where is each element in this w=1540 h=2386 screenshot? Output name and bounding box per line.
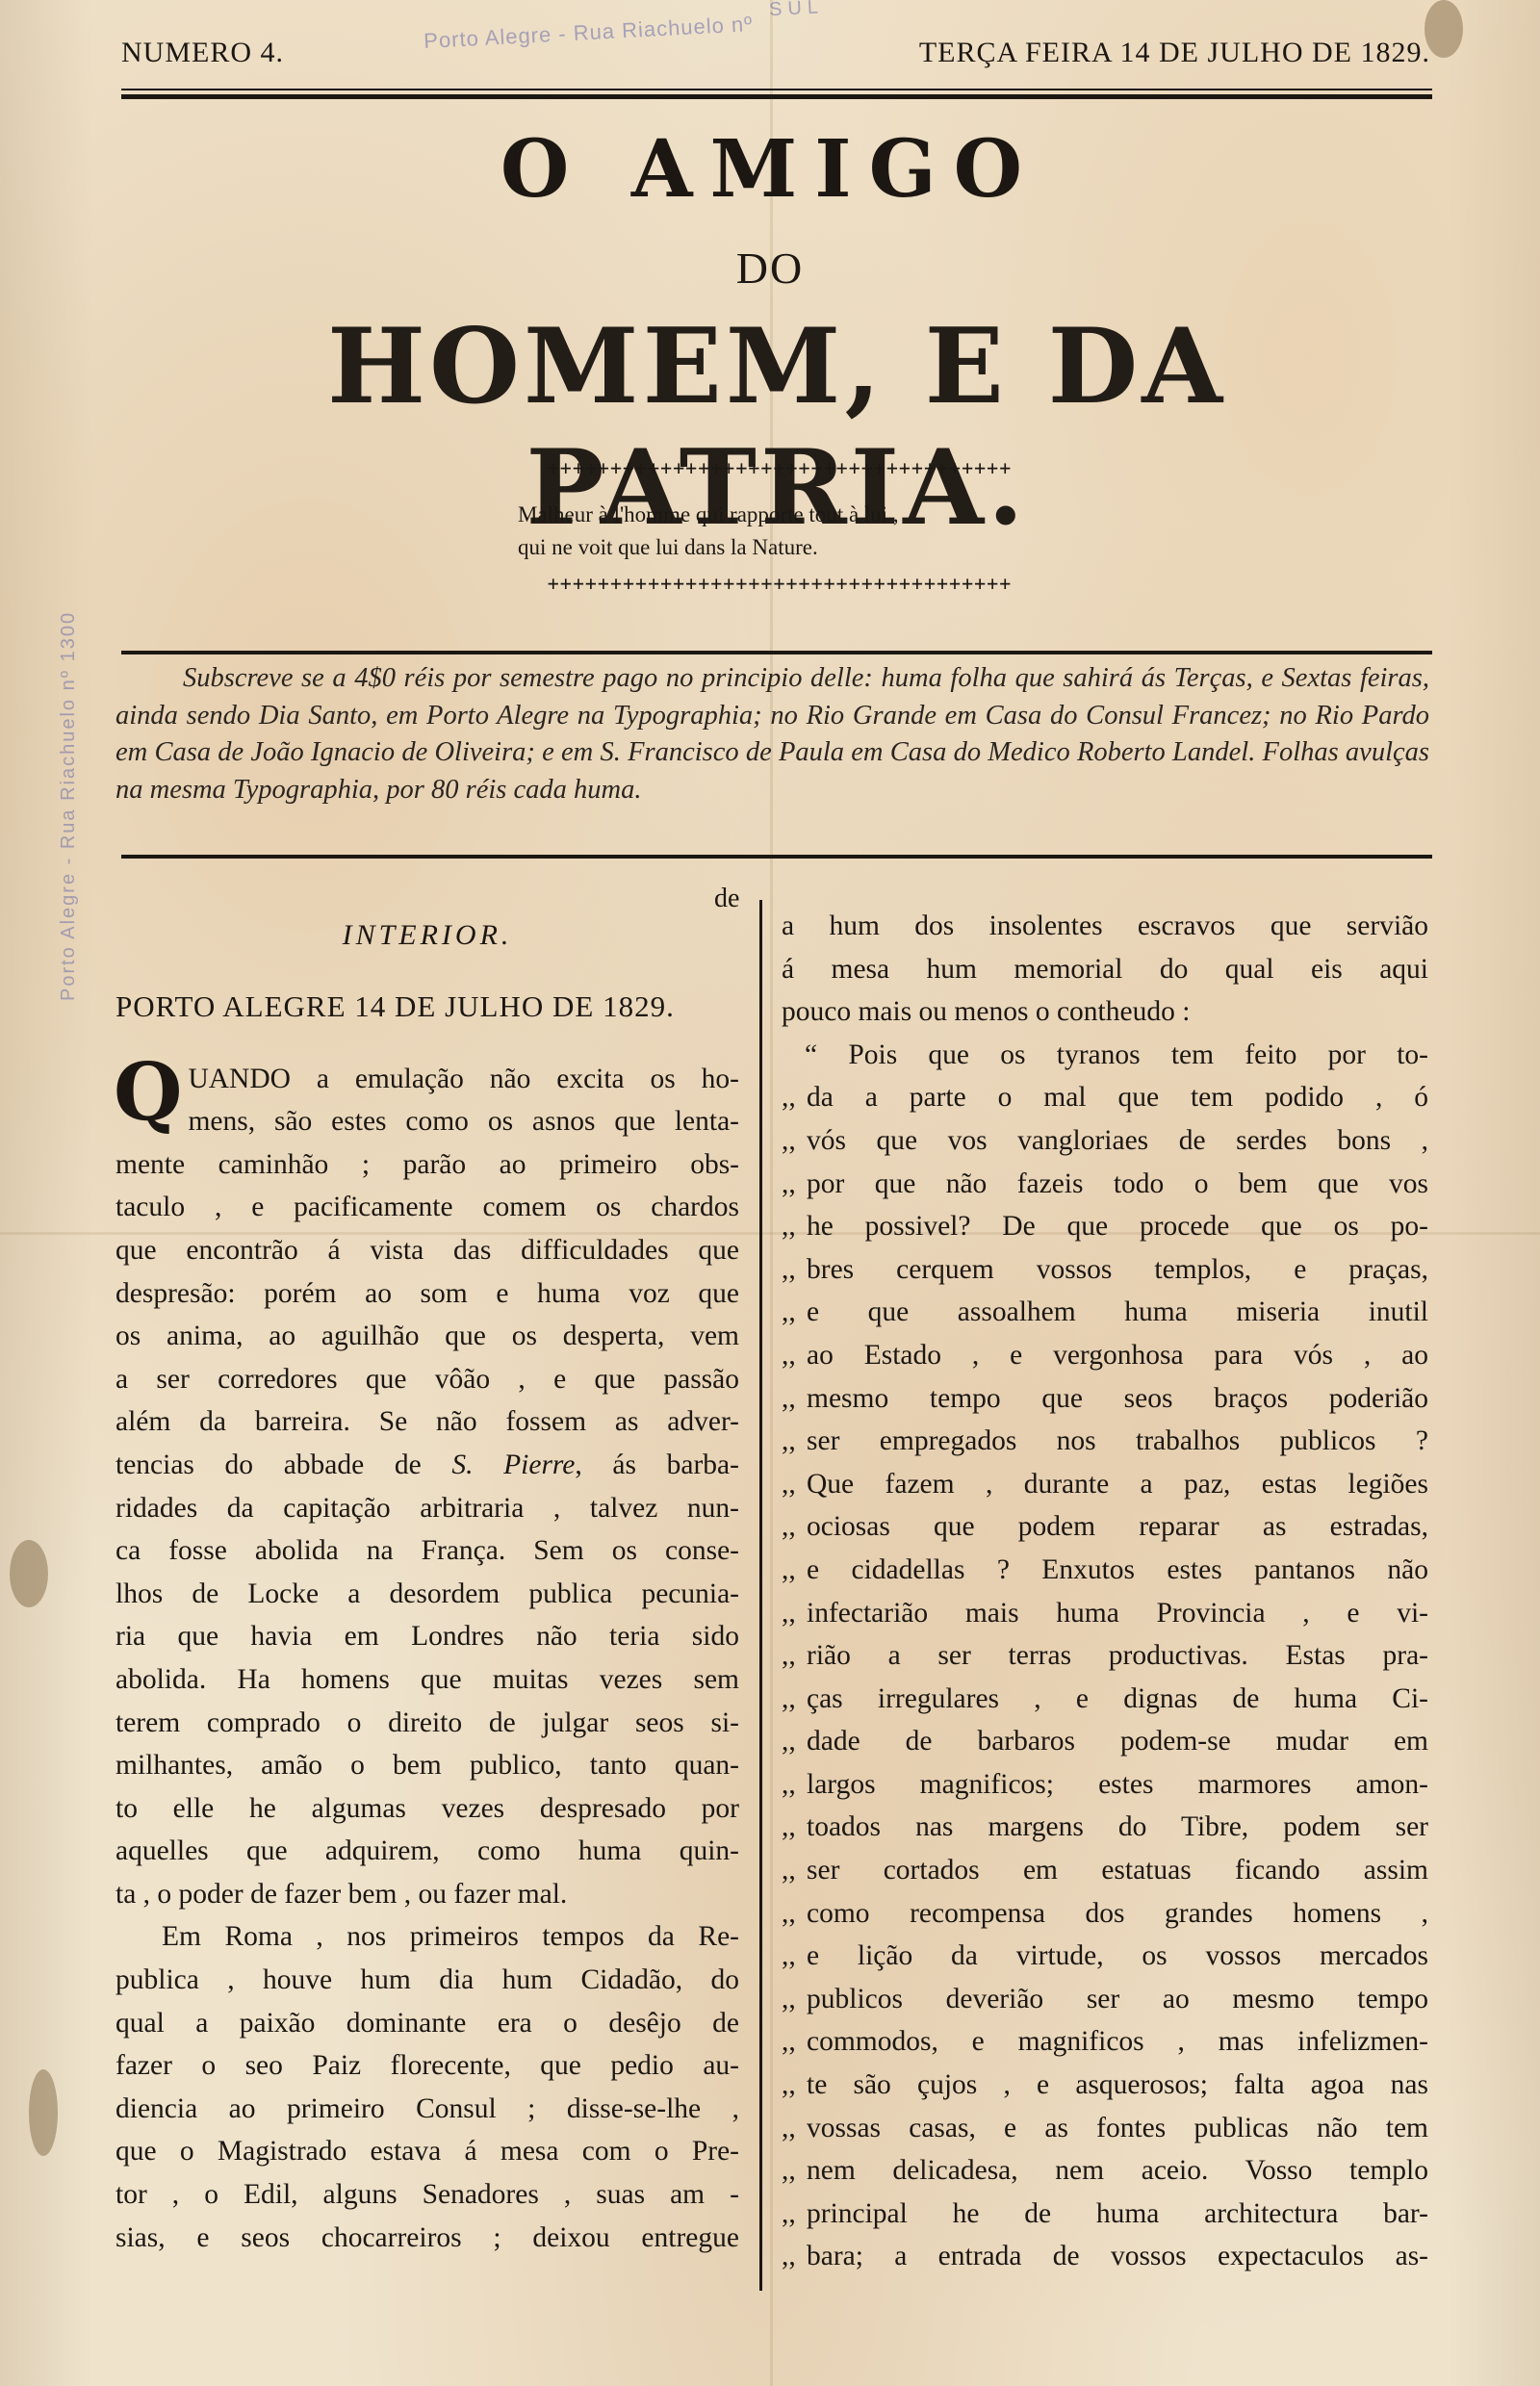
- epigraph-line-2: qui ne voit que lui dans la Nature.: [518, 531, 1038, 564]
- quote-mark: ,,: [782, 1592, 807, 1635]
- quote-mark: ,,: [782, 1935, 807, 1978]
- text-line: ,,nem delicadesa, nem aceio. Vosso templ…: [782, 2149, 1428, 2193]
- text-line: aquelles que adquirem, como huma quin-: [115, 1830, 739, 1873]
- ornament-row-bottom: +++++++++++++++++++++++++++++++++++++: [520, 572, 1039, 595]
- text-line: a hum dos insolentes escravos que serviã…: [782, 905, 1428, 948]
- text-line: ta , o poder de fazer bem , ou fazer mal…: [115, 1873, 739, 1916]
- quote-mark: ,,: [782, 1463, 807, 1506]
- text-line: ,,como recompensa dos grandes homens ,: [782, 1892, 1428, 1936]
- paper-stain: [10, 1540, 48, 1607]
- text-line: qual a paixão dominante era o desêjo de: [115, 2002, 739, 2045]
- quote-mark: ,,: [782, 1334, 807, 1377]
- quote-mark: ,,: [782, 1549, 807, 1592]
- quote-mark: ,,: [782, 1978, 807, 2021]
- text-line: ,,toados nas margens do Tibre, podem ser: [782, 1806, 1428, 1849]
- text-line: taculo , e pacificamente comem os chardo…: [115, 1186, 739, 1229]
- subscription-rule-bottom: [121, 855, 1432, 859]
- quote-mark: ,,: [782, 2235, 807, 2278]
- text-line: ,,ociosas que podem reparar as estradas,: [782, 1505, 1428, 1549]
- text-line: ,,ças irregulares , e dignas de huma Ci-: [782, 1678, 1428, 1721]
- text-line: tencias do abbade de S. Pierre, ás barba…: [115, 1444, 739, 1487]
- quote-mark: ,,: [782, 1248, 807, 1292]
- text-line: ,,te são çujos , e asquerosos; falta ago…: [782, 2064, 1428, 2107]
- text-line: ,,bara; a entrada de vossos expectaculos…: [782, 2235, 1428, 2278]
- article-right-column: a hum dos insolentes escravos que serviã…: [782, 905, 1428, 2278]
- drop-cap: Q: [114, 1064, 182, 1121]
- quote-mark: ,,: [782, 1505, 807, 1549]
- title-line-2: DO: [0, 243, 1540, 294]
- article-dateline: PORTO ALEGRE 14 DE JULHO DE 1829.: [115, 986, 739, 1029]
- text-line: publica , houve hum dia hum Cidadão, do: [115, 1959, 739, 2002]
- quote-mark: ,,: [782, 1720, 807, 1763]
- issue-number: NUMERO 4.: [121, 37, 284, 69]
- text-line: ,,commodos, e magnificos , mas infelizme…: [782, 2020, 1428, 2064]
- title-line-1: O AMIGO: [0, 123, 1540, 216]
- text-line: a ser corredores que vôão , e que passão: [115, 1358, 739, 1401]
- paper-stain: [29, 2069, 58, 2156]
- text-line: que o Magistrado estava á mesa com o Pre…: [115, 2130, 739, 2173]
- text-line: ,,por que não fazeis todo o bem que vos: [782, 1163, 1428, 1206]
- text-line: ,,dade de barbaros podem-se mudar em: [782, 1720, 1428, 1763]
- quote-mark: ,,: [782, 1849, 807, 1892]
- paragraph-1-lines: UANDO a emulação não excita os ho-mens, …: [115, 1058, 739, 1916]
- text-line: tor , o Edil, alguns Senadores , suas am…: [115, 2173, 739, 2217]
- masthead-info-line: NUMERO 4. TERÇA FEIRA 14 DE JULHO DE 182…: [121, 37, 1430, 69]
- quote-mark: ,,: [782, 1205, 807, 1248]
- quote-mark: ,,: [782, 2193, 807, 2236]
- stamp-text-upper: SUL: [769, 0, 825, 21]
- quote-mark: ,,: [782, 1806, 807, 1849]
- text-line: ,,ser empregados nos trabalhos publicos …: [782, 1420, 1428, 1463]
- text-line: ,,principal he de huma architectura bar-: [782, 2193, 1428, 2236]
- subscription-rule-top: [121, 651, 1432, 654]
- text-line: ,,mesmo tempo que seos braços poderião: [782, 1377, 1428, 1421]
- text-line: milhantes, amão o bem publico, tanto qua…: [115, 1744, 739, 1787]
- quote-mark: ,,: [782, 2107, 807, 2150]
- quote-mark: ,,: [782, 1163, 807, 1206]
- text-line: sias, e seos chocarreiros ; deixou entre…: [115, 2217, 739, 2260]
- article-left-column: INTERIOR. PORTO ALEGRE 14 DE JULHO DE 18…: [115, 905, 739, 2259]
- text-line: ,,bres cerquem vossos templos, e praças,: [782, 1248, 1428, 1292]
- text-line: ,,e que assoalhem huma miseria inutil: [782, 1291, 1428, 1334]
- text-line: que encontrão á vista das difficuldades …: [115, 1229, 739, 1272]
- text-line: ,,largos magnificos; estes marmores amon…: [782, 1763, 1428, 1807]
- text-line: ,,e cidadellas ? Enxutos estes pantanos …: [782, 1549, 1428, 1592]
- epigraph: Malheur à l'homme qui rapporte tout à lu…: [518, 499, 1038, 564]
- text-line: os anima, ao aguilhão que os desperta, v…: [115, 1315, 739, 1358]
- text-line: abolida. Ha homens que muitas vezes sem: [115, 1658, 739, 1702]
- text-line: ridades da capitação arbitraria , talvez…: [115, 1487, 739, 1530]
- text-line: lhos de Locke a desordem publica pecunia…: [115, 1573, 739, 1616]
- quote-mark: ,,: [782, 1763, 807, 1807]
- text-line: diencia ao primeiro Consul ; disse-se-lh…: [115, 2088, 739, 2131]
- issue-date: TERÇA FEIRA 14 DE JULHO DE 1829.: [919, 37, 1430, 69]
- text-line: ,,Que fazem , durante a paz, estas legiõ…: [782, 1463, 1428, 1506]
- text-line: despresão: porém ao som e huma voz que: [115, 1272, 739, 1316]
- text-line: “ Pois que os tyranos tem feito por to-: [782, 1034, 1428, 1077]
- text-line: pouco mais ou menos o contheudo :: [782, 990, 1428, 1034]
- text-line: ria que havia em Londres não teria sido: [115, 1615, 739, 1658]
- text-line: ca fosse abolida na França. Sem os conse…: [115, 1529, 739, 1573]
- text-line: ,,ao Estado , e vergonhosa para vós , ao: [782, 1334, 1428, 1377]
- section-heading: INTERIOR.: [115, 914, 739, 964]
- text-line: á mesa hum memorial do qual eis aqui: [782, 948, 1428, 991]
- text-line: ,,e lição da virtude, os vossos mercados: [782, 1935, 1428, 1978]
- quote-mark: ,,: [782, 1678, 807, 1721]
- text-line: ,,publicos deverião ser ao mesmo tempo: [782, 1978, 1428, 2021]
- text-line: ,,vossas casas, e as fontes publicas não…: [782, 2107, 1428, 2150]
- text-line: terem comprado o direito de julgar seos …: [115, 1702, 739, 1745]
- epigraph-line-1: Malheur à l'homme qui rapporte tout à lu…: [518, 499, 1038, 531]
- quote-mark: ,,: [782, 1291, 807, 1334]
- ornament-row-top: +++++++++++++++++++++++++++++++++++++: [520, 456, 1039, 479]
- quote-mark: ,,: [782, 1420, 807, 1463]
- quote-mark: ,,: [782, 1377, 807, 1421]
- text-line: ,,da a parte o mal que tem podido , ó: [782, 1076, 1428, 1119]
- text-line: Em Roma , nos primeiros tempos da Re-: [115, 1915, 739, 1959]
- paper-stain: [1424, 0, 1463, 58]
- column-divider: [759, 900, 762, 2291]
- library-stamp-side: Porto Alegre - Rua Riachuelo nº 1300: [58, 500, 80, 1001]
- text-line: to elle he algumas vezes despresado por: [115, 1787, 739, 1831]
- masthead-rule: [121, 89, 1432, 99]
- quote-mark: ,,: [782, 1892, 807, 1936]
- memorial-quote: “ Pois que os tyranos tem feito por to-,…: [782, 1034, 1428, 2278]
- article-paragraph-1: Q UANDO a emulação não excita os ho-mens…: [115, 1058, 739, 1916]
- text-line: ,,infectarião mais huma Provincia , e vi…: [782, 1592, 1428, 1635]
- article-paragraph-2: Em Roma , nos primeiros tempos da Re-pub…: [115, 1915, 739, 2259]
- text-line: ,,he possivel? De que procede que os po-: [782, 1205, 1428, 1248]
- text-line: mente caminhão ; parão ao primeiro obs-: [115, 1143, 739, 1187]
- text-line: além da barreira. Se não fossem as adver…: [115, 1400, 739, 1444]
- text-line: fazer o seo Paiz florecente, que pedio a…: [115, 2044, 739, 2088]
- text-line: ,,ser cortados em estatuas ficando assim: [782, 1849, 1428, 1892]
- quote-mark: ,,: [782, 2149, 807, 2193]
- quote-mark: ,,: [782, 1119, 807, 1163]
- quote-mark: ,,: [782, 2020, 807, 2064]
- text-line: ,,vós que vos vangloriaes de serdes bons…: [782, 1119, 1428, 1163]
- quote-mark: ,,: [782, 1634, 807, 1678]
- quote-mark: ,,: [782, 2064, 807, 2107]
- text-line: mens, são estes como os asnos que lenta-: [115, 1100, 739, 1143]
- text-line: ,,rião a ser terras productivas. Estas p…: [782, 1634, 1428, 1678]
- subscription-notice: Subscreve se a 4$0 réis por semestre pag…: [115, 660, 1429, 808]
- text-line: UANDO a emulação não excita os ho-: [115, 1058, 739, 1101]
- quote-mark: ,,: [782, 1076, 807, 1119]
- right-intro-lines: a hum dos insolentes escravos que serviã…: [782, 905, 1428, 1034]
